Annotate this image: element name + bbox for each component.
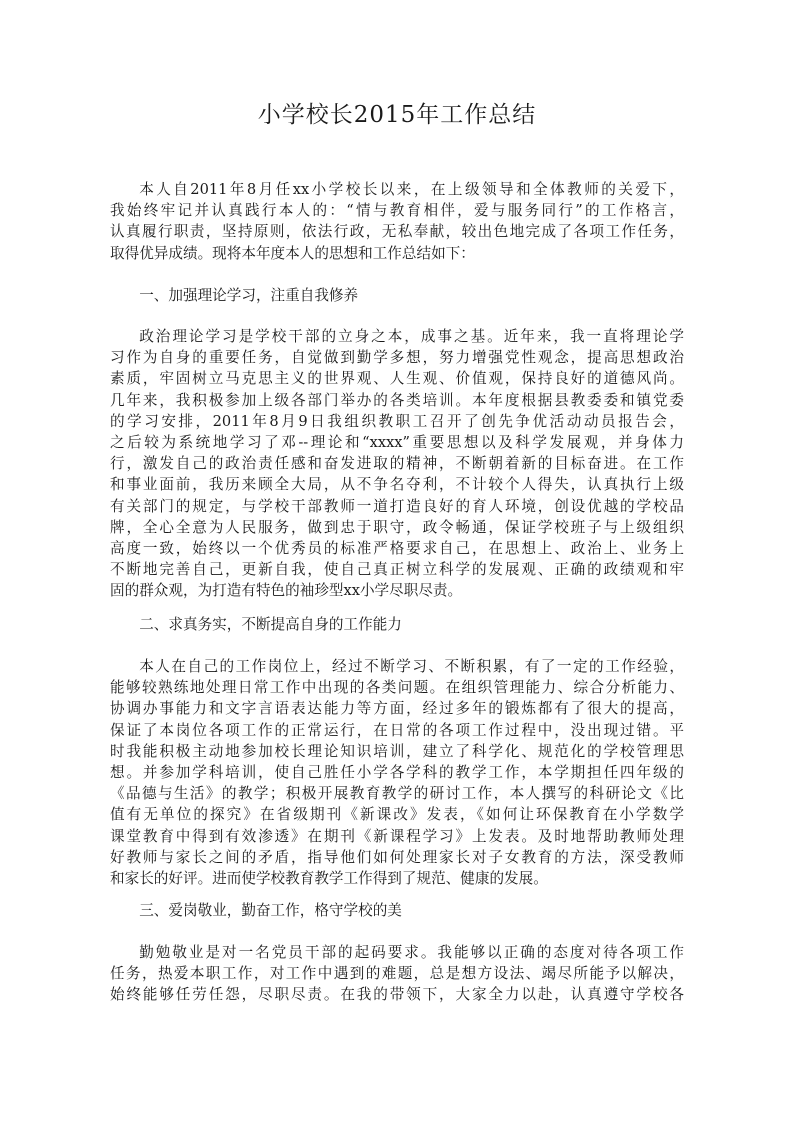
text-line: 行，激发自己的政治责任感和奋发进取的精神，不断朝着新的目标奋进。在工作 <box>110 453 684 474</box>
text-line: 和事业面前，我历来顾全大局，从不争名夺利，不计较个人得失，认真执行上级 <box>110 474 684 495</box>
section-heading: 三、爱岗敬业，勤奋工作，格守学校的美 <box>110 900 684 921</box>
text-line: 值有无单位的探究》在省级期刊《新课改》发表，《如何让环保教育在小学数学 <box>110 804 684 825</box>
intro-paragraph: 本人自2011年8月任xx小学校长以来，在上级领导和全体教师的关爱下， 我始终牢… <box>110 179 684 264</box>
text-line: 任务，热爱本职工作，对工作中遇到的难题，总是想方设法、竭尽所能予以解决， <box>110 963 684 984</box>
section-heading-2: 二、求真务实，不断提高自身的工作能力 <box>110 614 684 635</box>
document-title: 小学校长2015年工作总结 <box>110 100 684 130</box>
text-line: 本人自2011年8月任xx小学校长以来，在上级领导和全体教师的关爱下， <box>110 179 684 200</box>
text-line: 高度一致，始终以一个优秀员的标准严格要求自己，在思想上、政治上、业务上 <box>110 538 684 559</box>
text-line: 和家长的好评。进而使学校教育教学工作得到了规范、健康的发展。 <box>110 868 684 889</box>
text-line: 本人在自己的工作岗位上，经过不断学习、不断积累，有了一定的工作经验， <box>110 656 684 677</box>
text-line: 政治理论学习是学校干部的立身之本，成事之基。近年来，我一直将理论学 <box>110 326 684 347</box>
text-line: 我始终牢记并认真践行本人的：“情与教育相伴，爱与服务同行”的工作格言， <box>110 200 684 221</box>
text-line: 牌，全心全意为人民服务，做到忠于职守，政令畅通，保证学校班子与上级组织 <box>110 517 684 538</box>
section-heading-1: 一、加强理论学习，注重自我修养 <box>110 285 684 306</box>
text-line: 习作为自身的重要任务，自觉做到勤学多想，努力增强党性观念，提高思想政治 <box>110 347 684 368</box>
text-line: 不断地完善自己，更新自我，使自己真正树立科学的发展观、正确的政绩观和牢 <box>110 559 684 580</box>
section-heading: 一、加强理论学习，注重自我修养 <box>110 285 684 306</box>
text-line: 始终能够任劳任怨，尽职尽责。在我的带领下，大家全力以赴，认真遵守学校各 <box>110 984 684 1005</box>
section-heading-3: 三、爱岗敬业，勤奋工作，格守学校的美 <box>110 900 684 921</box>
text-line: 勤勉敬业是对一名党员干部的起码要求。我能够以正确的态度对待各项工作 <box>110 942 684 963</box>
text-line: 想。并参加学科培训，使自己胜任小学各学科的教学工作，本学期担任四年级的 <box>110 762 684 783</box>
text-line: 素质，牢固树立马克思主义的世界观、人生观、价值观，保持良好的道德风尚。 <box>110 368 684 389</box>
section-heading: 二、求真务实，不断提高自身的工作能力 <box>110 614 684 635</box>
text-line: 有关部门的规定，与学校干部教师一道打造良好的育人环境，创设优越的学校品 <box>110 496 684 517</box>
text-line: 几年来，我积极参加上级各部门举办的各类培训。本年度根据县教委委和镇党委 <box>110 390 684 411</box>
text-line: 协调办事能力和文字言语表达能力等方面，经过多年的锻炼都有了很大的提高， <box>110 698 684 719</box>
text-line: 之后较为系统地学习了邓--理论和“xxxx”重要思想以及科学发展观，并身体力 <box>110 432 684 453</box>
text-line: 能够较熟练地处理日常工作中出现的各类问题。在组织管理能力、综合分析能力、 <box>110 677 684 698</box>
text-line: 取得优异成绩。现将本年度本人的思想和工作总结如下： <box>110 243 684 264</box>
section-3-paragraph: 勤勉敬业是对一名党员干部的起码要求。我能够以正确的态度对待各项工作 任务，热爱本… <box>110 942 684 1006</box>
section-2-paragraph: 本人在自己的工作岗位上，经过不断学习、不断积累，有了一定的工作经验， 能够较熟练… <box>110 656 684 889</box>
section-1-paragraph: 政治理论学习是学校干部的立身之本，成事之基。近年来，我一直将理论学 习作为自身的… <box>110 326 684 602</box>
text-line: 课堂教育中得到有效渗透》在期刊《新课程学习》上发表。及时地帮助教师处理 <box>110 826 684 847</box>
text-line: 认真履行职责，坚持原则，依法行政，无私奉献，较出色地完成了各项工作任务， <box>110 221 684 242</box>
text-line: 好教师与家长之间的矛盾，指导他们如何处理家长对子女教育的方法，深受教师 <box>110 847 684 868</box>
text-line: 的学习安排，2011年8月9日我组织教职工召开了创先争优活动动员报告会， <box>110 411 684 432</box>
text-line: 固的群众观，为打造有特色的袖珍型xx小学尽职尽责。 <box>110 580 684 601</box>
text-line: 保证了本岗位各项工作的正常运行，在日常的各项工作过程中，没出现过错。平 <box>110 720 684 741</box>
text-line: 时我能积极主动地参加校长理论知识培训，建立了科学化、规范化的学校管理思 <box>110 741 684 762</box>
text-line: 《品德与生活》的教学；积极开展教育教学的研讨工作，本人撰写的科研论文《比 <box>110 783 684 804</box>
